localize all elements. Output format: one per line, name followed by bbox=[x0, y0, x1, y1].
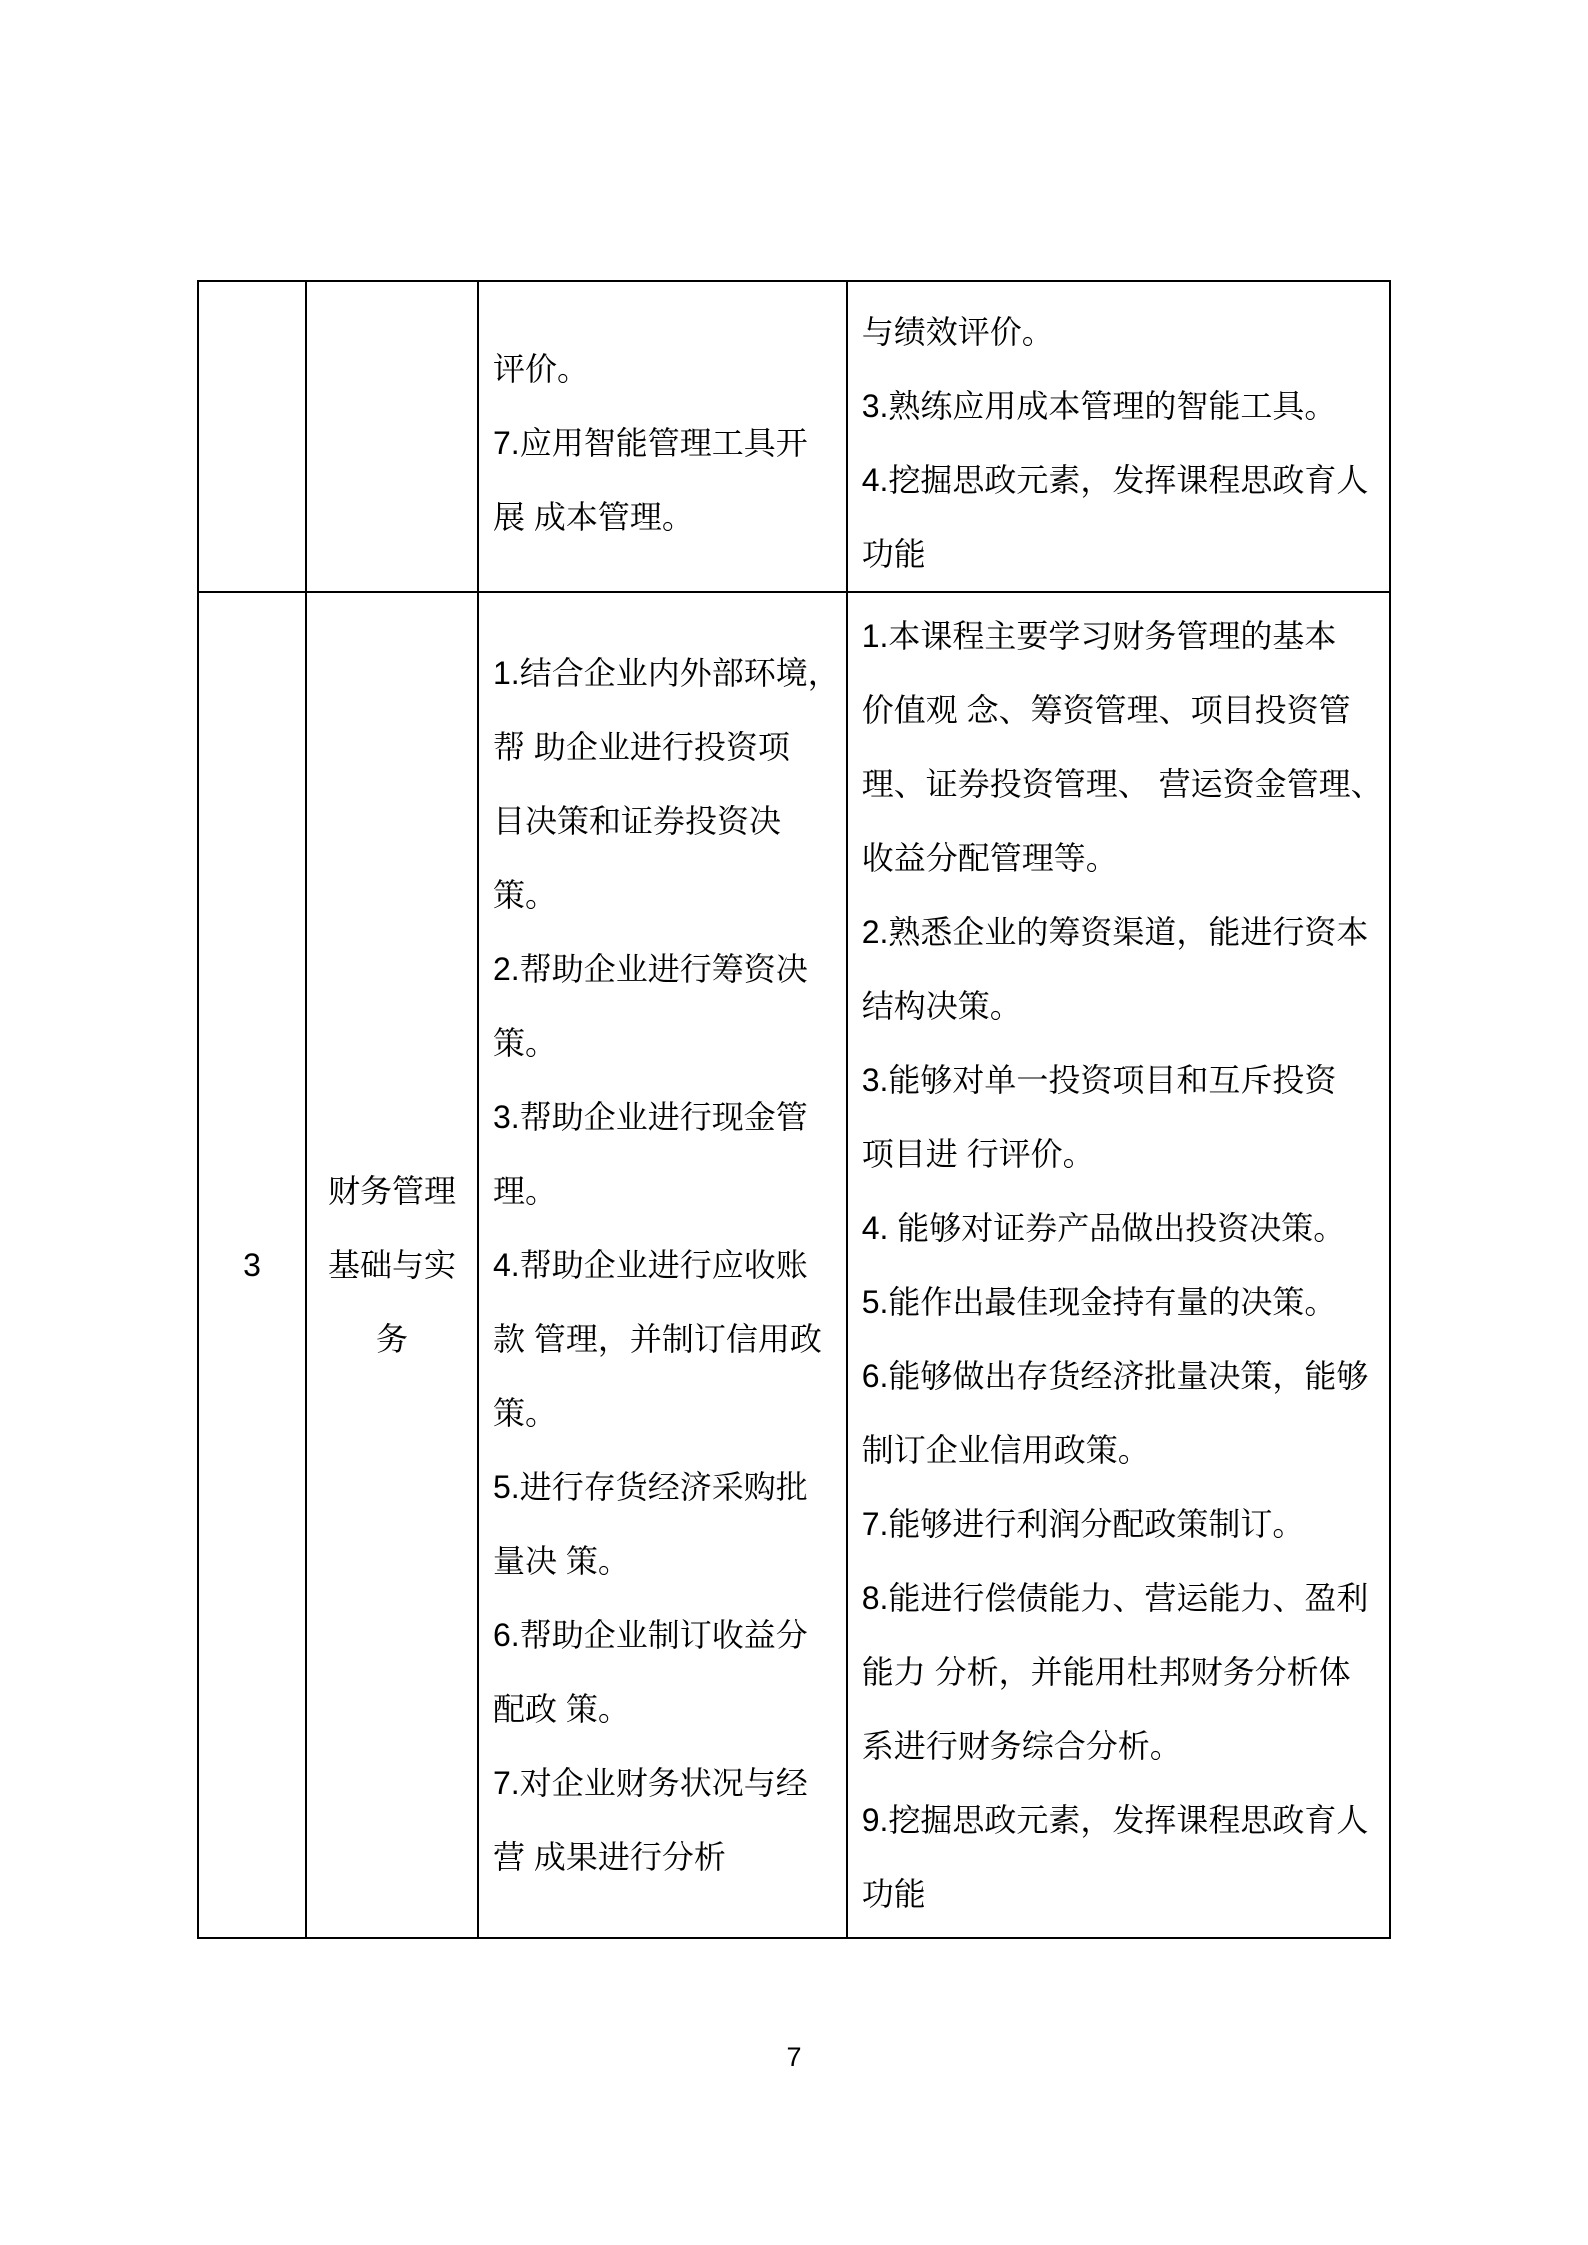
text-line: 展 成本管理。 bbox=[493, 480, 840, 554]
text-line: 9.挖掘思政元素，发挥课程思政育人 bbox=[862, 1783, 1383, 1857]
page-number: 7 bbox=[0, 2042, 1588, 2073]
text-line: 量决 策。 bbox=[493, 1524, 840, 1598]
cell-seq-empty bbox=[198, 281, 306, 592]
text-line: 7.对企业财务状况与经 bbox=[493, 1746, 840, 1820]
text-line: 7.能够进行利润分配政策制订。 bbox=[862, 1487, 1383, 1561]
text-line: 能力 分析，并能用杜邦财务分析体 bbox=[862, 1635, 1383, 1709]
text-line: 帮 助企业进行投资项 bbox=[493, 710, 840, 784]
outcomes-text: 与绩效评价。3.熟练应用成本管理的智能工具。4.挖掘思政元素，发挥课程思政育人功… bbox=[848, 282, 1389, 591]
text-line: 制订企业信用政策。 bbox=[862, 1413, 1383, 1487]
text-line: 收益分配管理等。 bbox=[862, 821, 1383, 895]
text-line: 务 bbox=[307, 1302, 477, 1376]
text-line: 2.熟悉企业的筹资渠道，能进行资本 bbox=[862, 895, 1383, 969]
tasks-text: 评价。7.应用智能管理工具开展 成本管理。 bbox=[479, 319, 846, 554]
text-line: 2.帮助企业进行筹资决 bbox=[493, 932, 840, 1006]
text-line: 理。 bbox=[493, 1154, 840, 1228]
table-row: 3 财务管理基础与实务 1.结合企业内外部环境，帮 助企业进行投资项目决策和证券… bbox=[198, 592, 1390, 1938]
text-line: 财务管理 bbox=[307, 1154, 477, 1228]
text-line: 1.结合企业内外部环境， bbox=[493, 636, 840, 710]
text-line: 结构决策。 bbox=[862, 969, 1383, 1043]
text-line: 策。 bbox=[493, 1376, 840, 1450]
text-line: 与绩效评价。 bbox=[862, 295, 1383, 369]
text-line: 配政 策。 bbox=[493, 1672, 840, 1746]
table-row-continuation: 评价。7.应用智能管理工具开展 成本管理。 与绩效评价。3.熟练应用成本管理的智… bbox=[198, 281, 1390, 592]
text-line: 功能 bbox=[862, 517, 1383, 591]
text-line: 5.进行存货经济采购批 bbox=[493, 1450, 840, 1524]
text-line: 6.帮助企业制订收益分 bbox=[493, 1598, 840, 1672]
text-line: 理、证券投资管理、 营运资金管理、 bbox=[862, 747, 1383, 821]
text-line: 5.能作出最佳现金持有量的决策。 bbox=[862, 1265, 1383, 1339]
text-line: 3.熟练应用成本管理的智能工具。 bbox=[862, 369, 1383, 443]
text-line: 4.挖掘思政元素，发挥课程思政育人 bbox=[862, 443, 1383, 517]
text-line: 7.应用智能管理工具开 bbox=[493, 406, 840, 480]
text-line: 基础与实 bbox=[307, 1228, 477, 1302]
text-line: 6.能够做出存货经济批量决策，能够 bbox=[862, 1339, 1383, 1413]
text-line: 策。 bbox=[493, 1006, 840, 1080]
tasks-text: 1.结合企业内外部环境，帮 助企业进行投资项目决策和证券投资决策。2.帮助企业进… bbox=[479, 636, 846, 1894]
cell-tasks: 评价。7.应用智能管理工具开展 成本管理。 bbox=[478, 281, 847, 592]
text-line: 目决策和证券投资决 bbox=[493, 784, 840, 858]
cell-course: 财务管理基础与实务 bbox=[306, 592, 478, 1938]
text-line: 评价。 bbox=[493, 332, 840, 406]
text-line: 策。 bbox=[493, 858, 840, 932]
course-name: 财务管理基础与实务 bbox=[307, 1154, 477, 1376]
text-line: 3.帮助企业进行现金管 bbox=[493, 1080, 840, 1154]
text-line: 4.帮助企业进行应收账 bbox=[493, 1228, 840, 1302]
document-page: 评价。7.应用智能管理工具开展 成本管理。 与绩效评价。3.熟练应用成本管理的智… bbox=[0, 0, 1588, 2245]
text-line: 1.本课程主要学习财务管理的基本 bbox=[862, 599, 1383, 673]
text-line: 项目进 行评价。 bbox=[862, 1117, 1383, 1191]
cell-outcomes: 1.本课程主要学习财务管理的基本价值观 念、筹资管理、项目投资管理、证券投资管理… bbox=[847, 592, 1390, 1938]
cell-seq: 3 bbox=[198, 592, 306, 1938]
course-table: 评价。7.应用智能管理工具开展 成本管理。 与绩效评价。3.熟练应用成本管理的智… bbox=[197, 280, 1391, 1939]
seq-number: 3 bbox=[199, 1247, 305, 1284]
text-line: 8.能进行偿债能力、营运能力、盈利 bbox=[862, 1561, 1383, 1635]
text-line: 系进行财务综合分析。 bbox=[862, 1709, 1383, 1783]
cell-outcomes: 与绩效评价。3.熟练应用成本管理的智能工具。4.挖掘思政元素，发挥课程思政育人功… bbox=[847, 281, 1390, 592]
cell-course-empty bbox=[306, 281, 478, 592]
outcomes-text: 1.本课程主要学习财务管理的基本价值观 念、筹资管理、项目投资管理、证券投资管理… bbox=[848, 599, 1389, 1931]
text-line: 4. 能够对证券产品做出投资决策。 bbox=[862, 1191, 1383, 1265]
text-line: 价值观 念、筹资管理、项目投资管 bbox=[862, 673, 1383, 747]
text-line: 功能 bbox=[862, 1857, 1383, 1931]
cell-tasks: 1.结合企业内外部环境，帮 助企业进行投资项目决策和证券投资决策。2.帮助企业进… bbox=[478, 592, 847, 1938]
text-line: 3.能够对单一投资项目和互斥投资 bbox=[862, 1043, 1383, 1117]
text-line: 营 成果进行分析 bbox=[493, 1820, 840, 1894]
text-line: 款 管理，并制订信用政 bbox=[493, 1302, 840, 1376]
